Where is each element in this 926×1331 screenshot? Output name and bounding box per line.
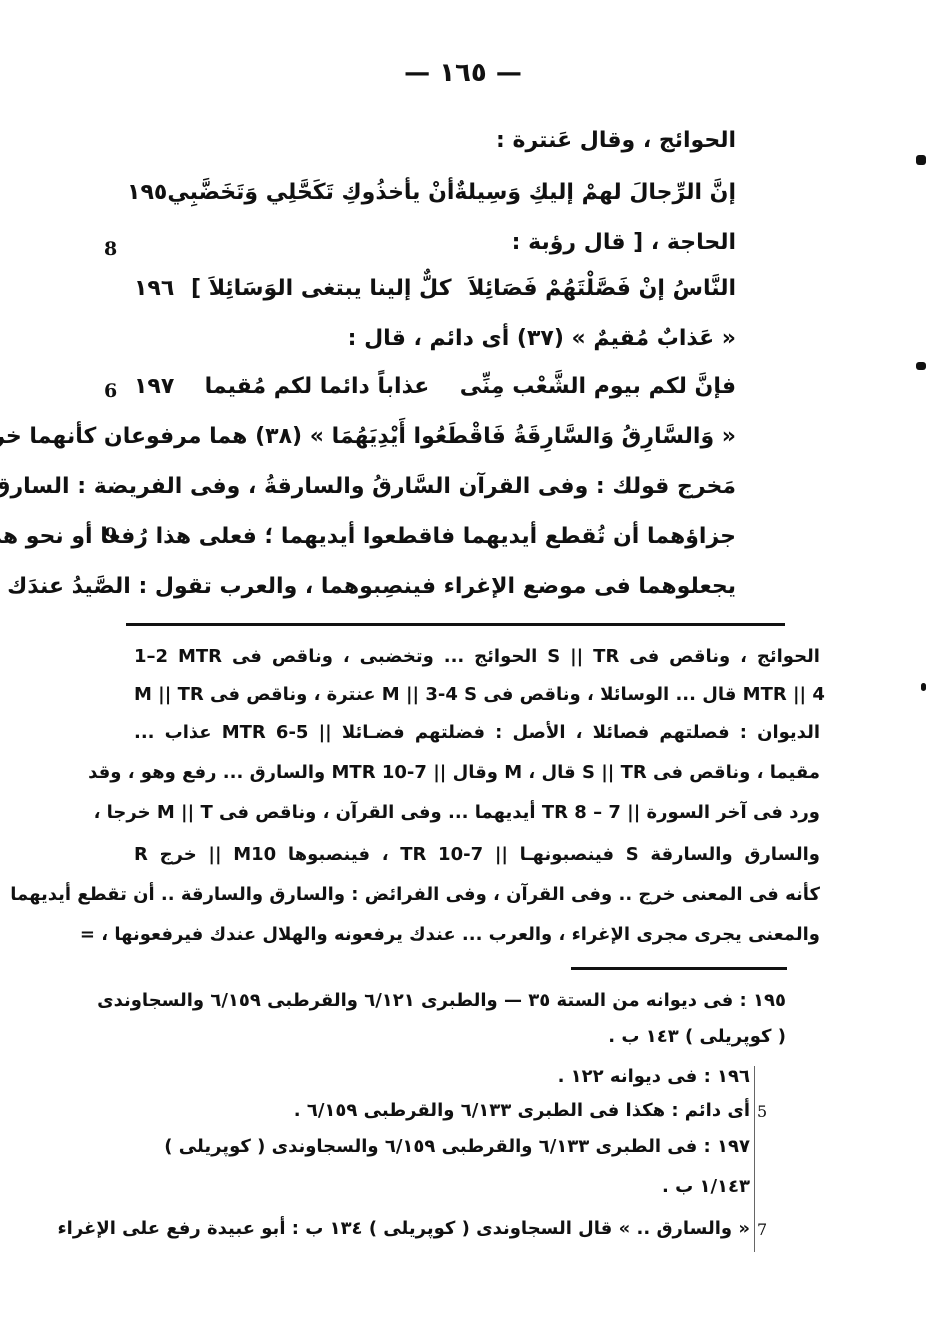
verse-first-hemistich: النَّاسُ إنْ فَصَّلْتَهُمْ فَصَائِلاَ — [468, 276, 736, 301]
note-line: ١٩٥ : فى ديوانه من الستة ٣٥ — والطبرى ٦/… — [134, 990, 786, 1011]
margin-line-number: 6 — [104, 380, 117, 402]
notes-margin-number: 7 — [757, 1220, 767, 1239]
note-line: ١/١٤٣ ب . — [662, 1176, 750, 1197]
text-line: مَخرج قولك : وفى القرآن السَّارقُ والسار… — [134, 474, 736, 499]
text-line: الحوائج ، وقال عَنترة : — [496, 128, 736, 153]
apparatus-line: مقيما ، وناقص فى S || TR قال ، M وقال ||… — [134, 762, 820, 783]
apparatus-line: ورد فى آخر السورة || 7 – 8 TR أيديهما ..… — [134, 802, 820, 823]
apparatus-line: والمعنى يجرى مجرى الإغراء ، والعرب ... ع… — [134, 924, 820, 945]
note-line: ( كوپريلى ) ١٤٣ ب . — [608, 1026, 786, 1047]
verse-second-hemistich: عذاباً دائما لكم مُقيما — [205, 374, 430, 399]
note-line: « والسارق .. » قال السجاوندى ( كوپريلى )… — [57, 1218, 750, 1239]
verse-195: إنَّ الرِّجالَ لهمْ إليكِ وَسِيلةٌ أنْ ي… — [134, 180, 736, 205]
verse-number: ١٩٦ — [134, 276, 174, 301]
note-line: ١٩٦ : فى ديوانه ١٢٢ . — [558, 1066, 750, 1087]
apparatus-line: الديوان : فصلتهم فصائلا ، الأصل : فضلتهم… — [134, 722, 820, 743]
verse-second-hemistich: أنْ يأخذُوكِ تَكَحَّلِي وَتَخَضَّبِي — [167, 180, 454, 205]
scan-mark — [916, 155, 926, 165]
notes-margin-number: 5 — [757, 1102, 767, 1121]
separator-rule — [126, 623, 785, 626]
text-line: « وَالسَّارِقُ وَالسَّارِقَةُ فَاقْطَعُو… — [134, 424, 736, 449]
text-line: « عَذابٌ مُقيمٌ » (٣٧) أى دائم ، قال : — [348, 326, 736, 351]
note-line: ١٩٧ : فى الطبرى ٦/١٣٣ والقرطبى ٦/١٥٩ وال… — [190, 1136, 750, 1157]
notes-margin-line — [754, 1066, 755, 1252]
note-line: أى دائم : هكذا فى الطبرى ٦/١٣٣ والقرطبى … — [294, 1100, 750, 1121]
verse-number: ١٩٥ — [127, 180, 167, 205]
apparatus-line: 1–2 MTR الحوائج ... وتخضبى ، وناقص فى S … — [134, 646, 820, 667]
verse-number: ١٩٧ — [134, 374, 174, 399]
scan-mark — [916, 362, 926, 370]
verse-first-hemistich: إنَّ الرِّجالَ لهمْ إليكِ وَسِيلةٌ — [454, 180, 736, 205]
apparatus-line: R خرج || M10 فينصبوها ، TR فينصبونهـا ||… — [134, 844, 820, 865]
notes-separator-rule — [571, 967, 787, 970]
apparatus-line: M || TR عنترة ، وناقص فى M || 3-4 S قال … — [134, 684, 820, 705]
text-line: جزاؤهما أن تُقطع أيديهما فاقطعوا أيديهما… — [134, 524, 736, 549]
apparatus-line: كأنه فى المعنى خرج .. وفى القرآن ، وفى ا… — [134, 884, 820, 905]
text-line: الحاجة ، [ قال رؤبة : — [512, 230, 736, 255]
text-line: يجعلوهما فى موضع الإغراء فينصِبوهما ، وا… — [134, 574, 736, 599]
verse-second-hemistich: كلٌّ إلينا يبتغى الوَسَائِلاَ ] — [191, 276, 452, 301]
margin-line-number: 8 — [104, 238, 117, 260]
verse-first-hemistich: فإنَّ لكم بيوم الشَّعْب مِنِّى — [460, 374, 736, 399]
verse-196: النَّاسُ إنْ فَصَّلْتَهُمْ فَصَائِلاَ كل… — [134, 276, 736, 301]
page-number: — ١٦٥ — — [0, 58, 926, 88]
verse-197: فإنَّ لكم بيوم الشَّعْب مِنِّى عذاباً دا… — [134, 374, 736, 399]
margin-line-number: 9 — [104, 524, 117, 546]
scan-mark — [921, 683, 926, 691]
